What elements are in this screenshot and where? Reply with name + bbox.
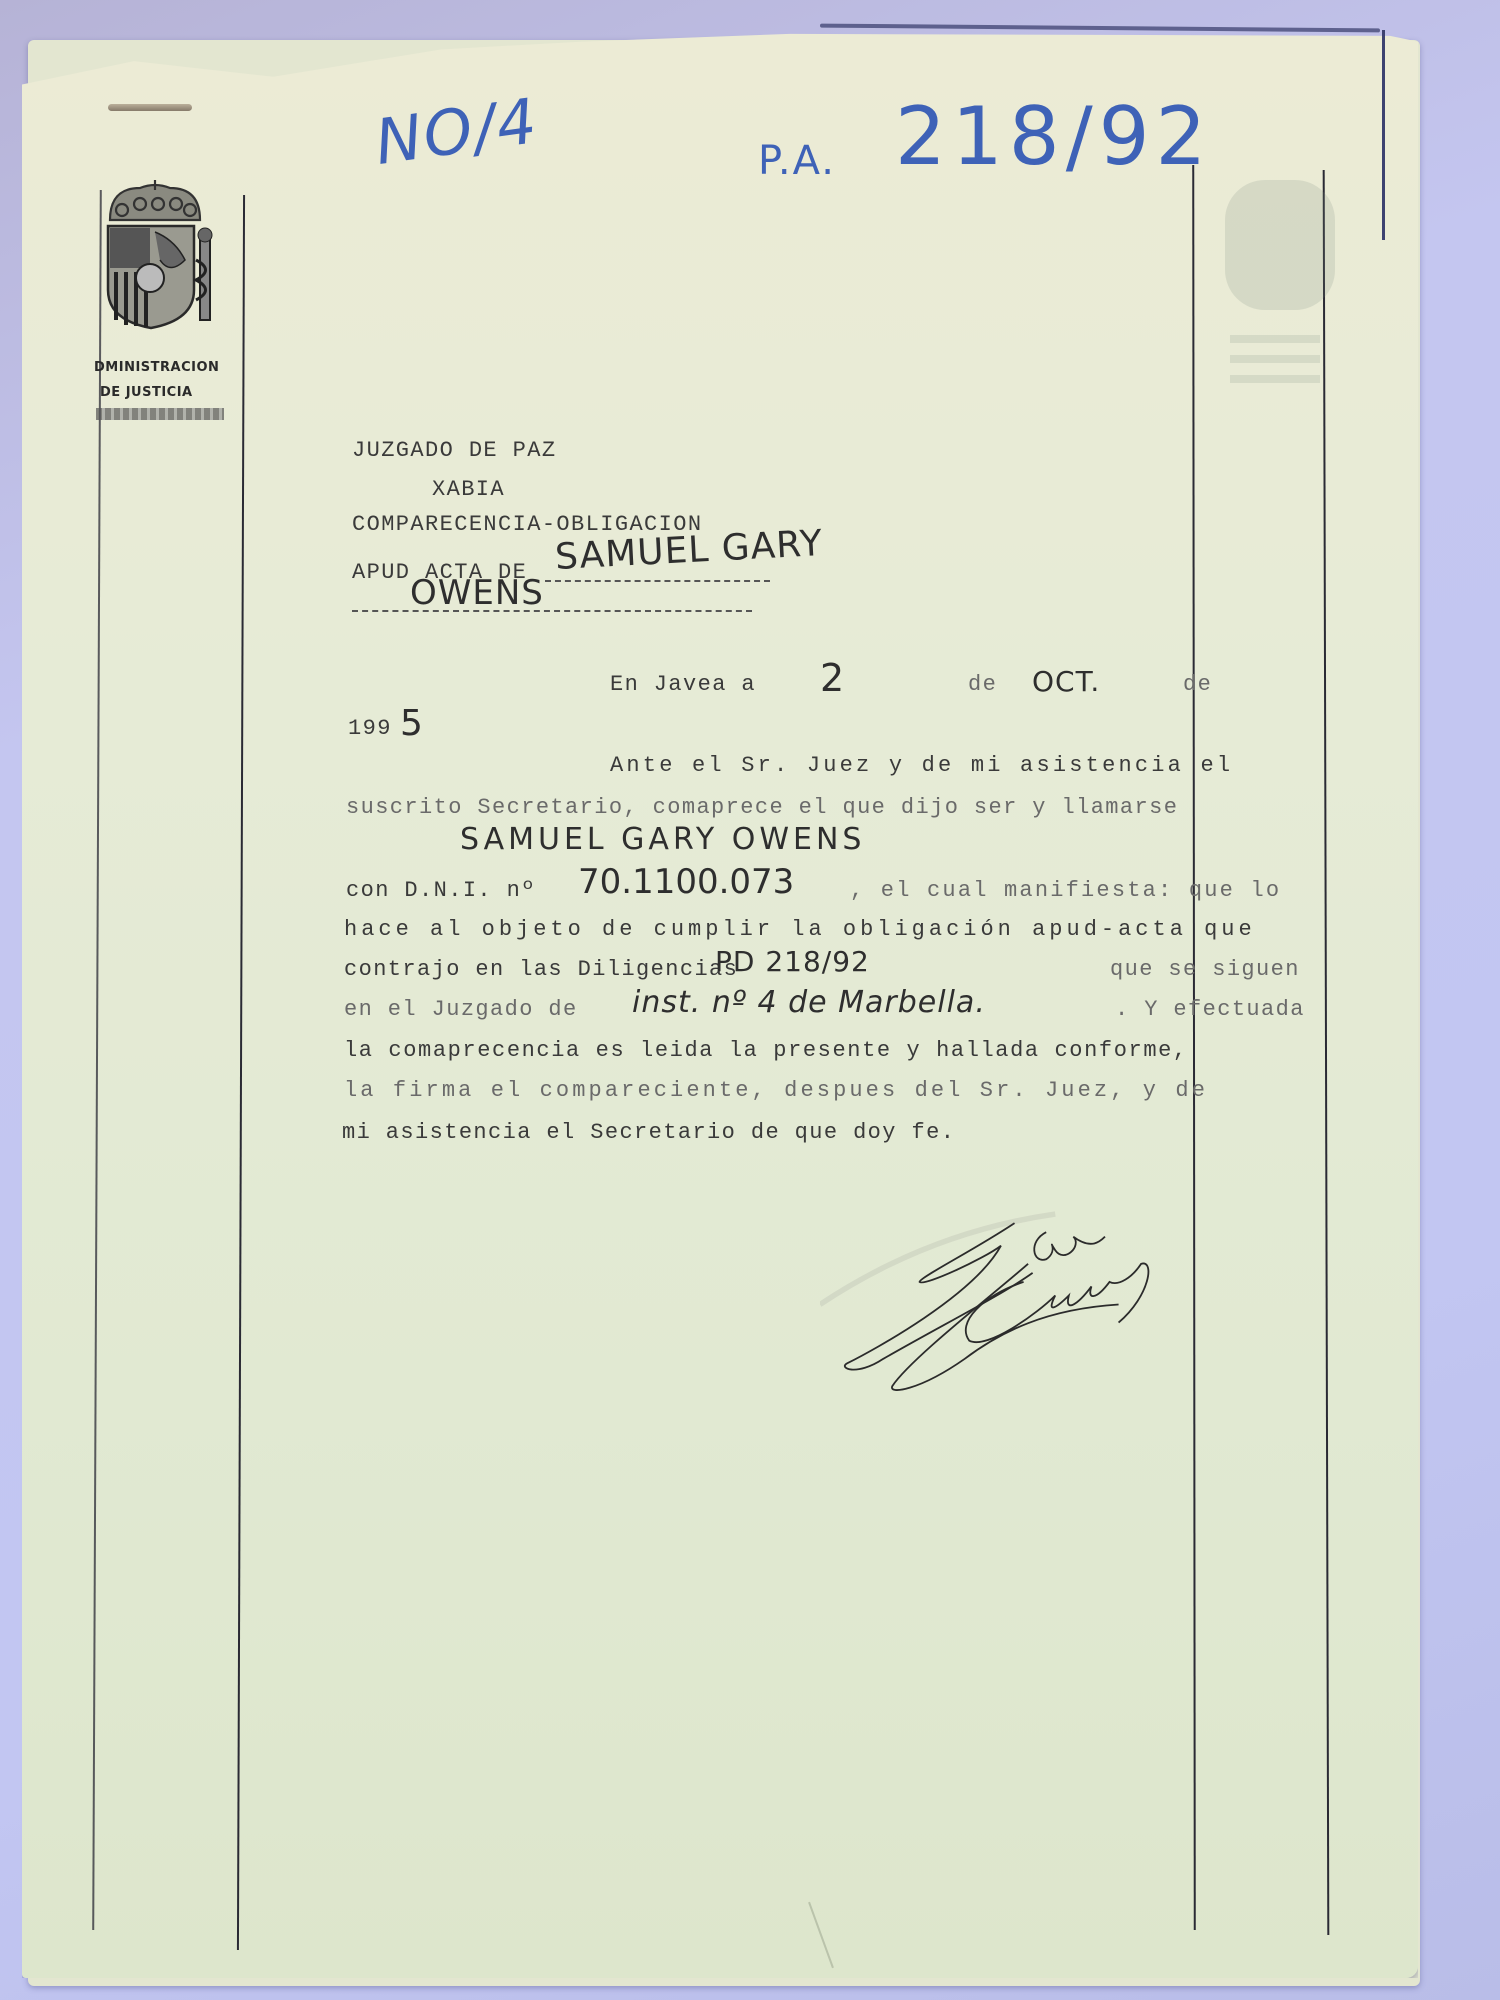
ghost-letterhead-text xyxy=(1230,335,1320,395)
annotation-prefix: P.A. xyxy=(758,138,836,184)
annotation-case-number: 218/92 xyxy=(895,90,1212,183)
ghost-crest xyxy=(1225,180,1335,310)
court-of-origin: inst. nº 4 de Marbella. xyxy=(632,985,986,1020)
body-line-3-suffix: , el cual manifiesta: que lo xyxy=(850,878,1281,903)
date-year-handwritten: 5 xyxy=(400,703,424,744)
date-prefix: En Javea a xyxy=(610,672,756,697)
defendant-name-line2: OWENS xyxy=(410,573,544,613)
date-year-printed: 199 xyxy=(348,716,392,741)
appearing-person-name: SAMUEL GARY OWENS xyxy=(460,822,865,857)
back-sheet-edge xyxy=(820,24,1380,33)
date-de-2: de xyxy=(1183,672,1212,697)
body-line-6-suffix: . Y efectuada xyxy=(1115,997,1305,1022)
body-line-2: suscrito Secretario, comaprece el que di… xyxy=(346,795,1178,820)
back-sheet-right-edge xyxy=(1382,30,1385,240)
spanish-coat-of-arms-icon xyxy=(100,180,220,340)
court-town: XABIA xyxy=(432,477,505,502)
letterhead-line1: DMINISTRACION xyxy=(94,360,219,375)
court-name: JUZGADO DE PAZ xyxy=(352,438,556,463)
diligencias-number: PD 218/92 xyxy=(715,945,870,978)
body-line-8: la firma el compareciente, despues del S… xyxy=(344,1078,1208,1103)
date-month: OCT. xyxy=(1032,665,1100,698)
body-line-1: Ante el Sr. Juez y de mi asistencia el xyxy=(610,753,1233,778)
body-line-6-prefix: en el Juzgado de xyxy=(344,997,578,1022)
name-line-1 xyxy=(545,580,770,582)
dni-number: 70.1100.073 xyxy=(578,862,794,902)
letterhead-bar xyxy=(96,408,224,420)
handwritten-signature-icon xyxy=(820,1190,1200,1410)
body-line-9: mi asistencia el Secretario de que doy f… xyxy=(342,1120,955,1145)
dni-label: con D.N.I. nº xyxy=(346,878,536,903)
body-line-4: hace al objeto de cumplir la obligación … xyxy=(344,917,1256,942)
body-line-7: la comaprecencia es leida la presente y … xyxy=(344,1038,1188,1063)
date-day: 2 xyxy=(820,656,845,700)
body-line-5-prefix: contrajo en las Diligencias xyxy=(344,957,738,982)
letterhead-line2: DE JUSTICIA xyxy=(100,385,193,400)
date-de-1: de xyxy=(968,672,997,697)
staple xyxy=(108,104,192,111)
body-line-5-suffix: que se siguen xyxy=(1110,957,1300,982)
